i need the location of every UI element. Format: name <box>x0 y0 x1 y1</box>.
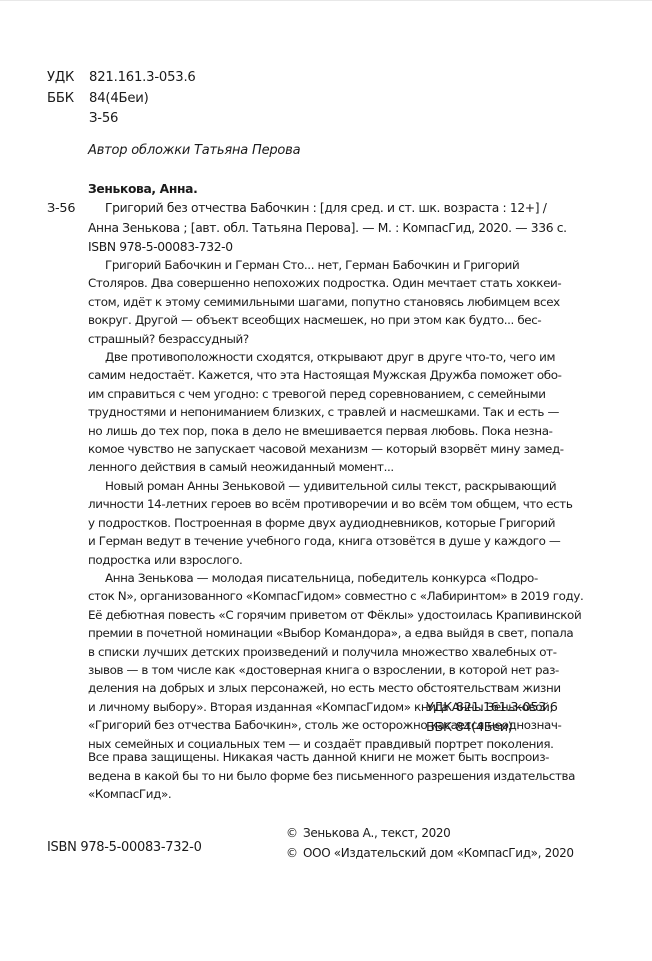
annotation-line: комое чувство не запускает часовой механ… <box>88 440 610 458</box>
annotation-line: ленного действия в самый неожиданный мом… <box>88 458 610 476</box>
annotation-paragraph: Новый роман Анны Зеньковой — удивительно… <box>88 477 610 569</box>
annotation-line: вокруг. Другой — объект всеобщих насмеше… <box>88 311 610 329</box>
copyright-block: © Зенькова А., текст, 2020 © ООО «Издате… <box>286 824 574 863</box>
bbk-bottom: ББК 84(4Беи) <box>426 718 558 738</box>
annotation-line: Её дебютная повесть «С горячим приветом … <box>88 606 610 624</box>
copyright-text: Зенькова А., текст, 2020 <box>303 824 450 844</box>
cover-author-credit: Автор обложки Татьяна Перова <box>88 143 300 158</box>
annotation-line: трудностями и непониманием близких, с тр… <box>88 403 610 421</box>
annotation-line: страшный? безрассудный? <box>88 330 610 348</box>
annotation-line: деления на добрых и злых персонажей, но … <box>88 679 610 697</box>
annotation-line: Столяров. Два совершенно непохожих подро… <box>88 274 610 292</box>
annotation-line: Григорий Бабочкин и Герман Сто... нет, Г… <box>88 256 610 274</box>
udk-label: УДК <box>47 68 89 89</box>
biblio-author-mark: З-56 <box>47 199 75 218</box>
annotation-line: им справиться с чем угодно: с тревогой п… <box>88 385 610 403</box>
annotation-line: зывов — в том числе как «достоверная кни… <box>88 661 610 679</box>
annotation-line: и Герман ведут в течение учебного года, … <box>88 532 610 550</box>
annotation-line: личности 14-летних героев во всём против… <box>88 495 610 513</box>
annotation-line: Новый роман Анны Зеньковой — удивительно… <box>88 477 610 495</box>
udk-row: УДК 821.161.3-053.6 <box>47 68 196 89</box>
annotation-line: стом, идёт к этому семимильными шагами, … <box>88 293 610 311</box>
annotation-line: у подростков. Построенная в форме двух а… <box>88 514 610 532</box>
bibliographic-record: Зенькова, Анна. Григорий без отчества Ба… <box>88 180 608 257</box>
annotation-line: но лишь до тех пор, пока в дело не вмеши… <box>88 422 610 440</box>
classification-block-top: УДК 821.161.3-053.6 ББК 84(4Беи) З-56 <box>47 68 196 130</box>
annotation-paragraph: Две противоположности сходятся, открываю… <box>88 348 610 477</box>
annotation: Григорий Бабочкин и Герман Сто... нет, Г… <box>88 256 610 753</box>
biblio-line: Григорий без отчества Бабочкин : [для ср… <box>88 199 608 218</box>
annotation-line: Анна Зенькова — молодая писательница, по… <box>88 569 610 587</box>
isbn: ISBN 978-5-00083-732-0 <box>47 840 202 855</box>
annotation-line: сток N», организованного «КомпасГидом» с… <box>88 587 610 605</box>
bbk-label: ББК <box>47 89 89 110</box>
author-mark-row: З-56 <box>47 109 196 130</box>
biblio-isbn: ISBN 978-5-00083-732-0 <box>88 238 608 257</box>
rights-line: «КомпасГид». <box>88 785 610 804</box>
rights-line: Все права защищены. Никакая часть данной… <box>88 748 610 767</box>
copyright-line: © ООО «Издательский дом «КомпасГид», 202… <box>286 844 574 864</box>
udk-value: 821.161.3-053.6 <box>89 68 196 89</box>
biblio-line: Анна Зенькова ; [авт. обл. Татьяна Перов… <box>88 219 608 238</box>
annotation-line: в списки лучших детских произведений и п… <box>88 643 610 661</box>
page-top-edge <box>0 0 652 1</box>
annotation-line: Две противоположности сходятся, открываю… <box>88 348 610 366</box>
author-heading: Зенькова, Анна. <box>88 180 608 199</box>
copyright-icon: © <box>286 844 303 864</box>
udk-bottom: УДК 821.161.3-053.6 <box>426 698 558 718</box>
annotation-paragraph: Григорий Бабочкин и Герман Сто... нет, Г… <box>88 256 610 348</box>
annotation-line: подростка или взрослого. <box>88 551 610 569</box>
bbk-value: 84(4Беи) <box>89 89 149 110</box>
rights-line: ведена в какой бы то ни было форме без п… <box>88 767 610 786</box>
copyright-line: © Зенькова А., текст, 2020 <box>286 824 574 844</box>
rights-notice: Все права защищены. Никакая часть данной… <box>88 748 610 804</box>
classification-block-bottom: УДК 821.161.3-053.6 ББК 84(4Беи) <box>426 698 558 737</box>
author-mark: З-56 <box>89 109 118 130</box>
annotation-line: самим недостаёт. Кажется, что эта Настоя… <box>88 366 610 384</box>
annotation-line: премии в почетной номинации «Выбор Коман… <box>88 624 610 642</box>
bbk-row: ББК 84(4Беи) <box>47 89 196 110</box>
copyright-icon: © <box>286 824 303 844</box>
copyright-text: ООО «Издательский дом «КомпасГид», 2020 <box>303 844 574 864</box>
book-imprint-page: УДК 821.161.3-053.6 ББК 84(4Беи) З-56 Ав… <box>0 0 652 961</box>
